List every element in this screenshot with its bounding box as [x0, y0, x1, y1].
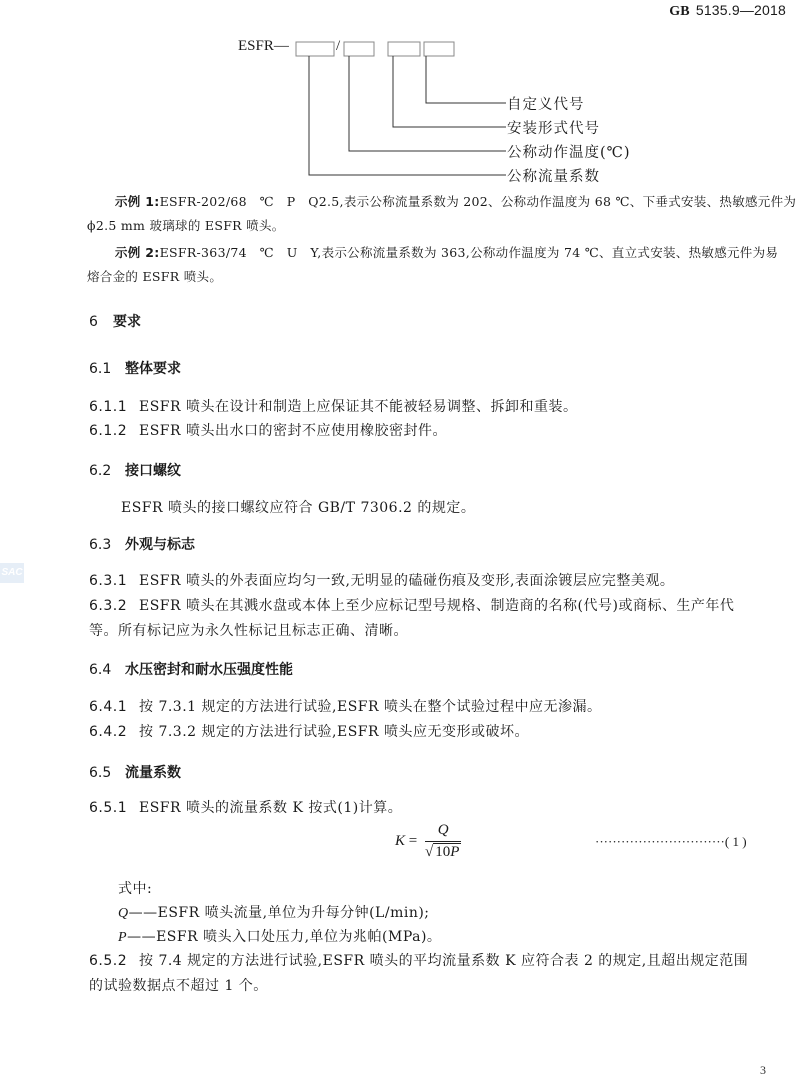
where-label: 式中: [118, 878, 152, 898]
clause-6-5-2: 6.5.2按 7.4 规定的方法进行试验,ESFR 喷头的平均流量系数 K 应符… [89, 950, 748, 970]
designation-label-custom-code: 自定义代号 [507, 93, 585, 114]
designation-label-temperature: 公称动作温度(℃) [507, 141, 631, 162]
designation-label-flow-coefficient: 公称流量系数 [507, 165, 600, 186]
page-number: 3 [760, 1063, 766, 1078]
formula-denominator: √10P [425, 842, 461, 861]
formula-numerator: Q [425, 822, 461, 842]
section-6-4-heading: 6.4水压密封和耐水压强度性能 [89, 659, 293, 679]
example-2-line-2: 熔合金的 ESFR 喷头。 [87, 267, 222, 285]
variable-q-definition: Q——ESFR 喷头流量,单位为升每分钟(L/min); [118, 902, 430, 922]
clause-6-4-2: 6.4.2按 7.3.2 规定的方法进行试验,ESFR 喷头应无变形或破坏。 [89, 721, 529, 741]
clause-6-5-1: 6.5.1ESFR 喷头的流量系数 K 按式(1)计算。 [89, 797, 402, 817]
designation-connector-lines [0, 0, 800, 200]
section-6-1-heading: 6.1整体要求 [89, 358, 181, 378]
formula-lhs: K [395, 833, 405, 849]
example-1-line-1: 示例 1:ESFR-202/68 ℃ P Q2.5,表示公称流量系数为 202、… [115, 192, 796, 210]
clause-6-5-2-continuation: 的试验数据点不超过 1 个。 [89, 975, 268, 995]
formula-equals: = [409, 833, 417, 849]
formula-fraction: Q √10P [425, 822, 461, 861]
example-2-label: 示例 2: [115, 245, 160, 260]
section-6-2-heading: 6.2接口螺纹 [89, 460, 181, 480]
example-2-line-1: 示例 2:ESFR-363/74 ℃ U Y,表示公称流量系数为 363,公称动… [115, 243, 778, 261]
example-1-label: 示例 1: [115, 194, 160, 209]
sqrt-icon: √ [425, 844, 433, 860]
section-6-5-heading: 6.5流量系数 [89, 762, 181, 782]
formula-leader-dots: ······························( 1 ) [595, 834, 747, 850]
section-6-heading: 6要求 [89, 311, 141, 331]
sac-watermark-logo: SAC [0, 563, 24, 583]
clause-6-1-2: 6.1.2ESFR 喷头出水口的密封不应使用橡胶密封件。 [89, 420, 447, 440]
clause-6-3-2-continuation: 等。所有标记应为永久性标记且标志正确、清晰。 [89, 620, 408, 640]
section-6-3-heading: 6.3外观与标志 [89, 534, 195, 554]
clause-6-4-1: 6.4.1按 7.3.1 规定的方法进行试验,ESFR 喷头在整个试验过程中应无… [89, 696, 602, 716]
clause-6-2-text: ESFR 喷头的接口螺纹应符合 GB/T 7306.2 的规定。 [121, 497, 475, 517]
example-1-line-2: ϕ2.5 mm 玻璃球的 ESFR 喷头。 [87, 216, 285, 234]
designation-label-installation-code: 安装形式代号 [507, 117, 600, 138]
designation-diagram: ESFR— / 自定义代号 安装形式代号 公称动作温度(℃) 公称流量系数 [0, 0, 800, 200]
equation-number: ( 1 ) [725, 834, 747, 849]
variable-p-definition: P——ESFR 喷头入口处压力,单位为兆帕(MPa)。 [118, 926, 441, 946]
clause-6-3-2: 6.3.2ESFR 喷头在其溅水盘或本体上至少应标记型号规格、制造商的名称(代号… [89, 595, 734, 615]
formula-1: K = Q √10P [395, 822, 461, 861]
clause-6-3-1: 6.3.1ESFR 喷头的外表面应均匀一致,无明显的磕碰伤痕及变形,表面涂镀层应… [89, 570, 674, 590]
clause-6-1-1: 6.1.1ESFR 喷头在设计和制造上应保证其不能被轻易调整、拆卸和重装。 [89, 396, 578, 416]
